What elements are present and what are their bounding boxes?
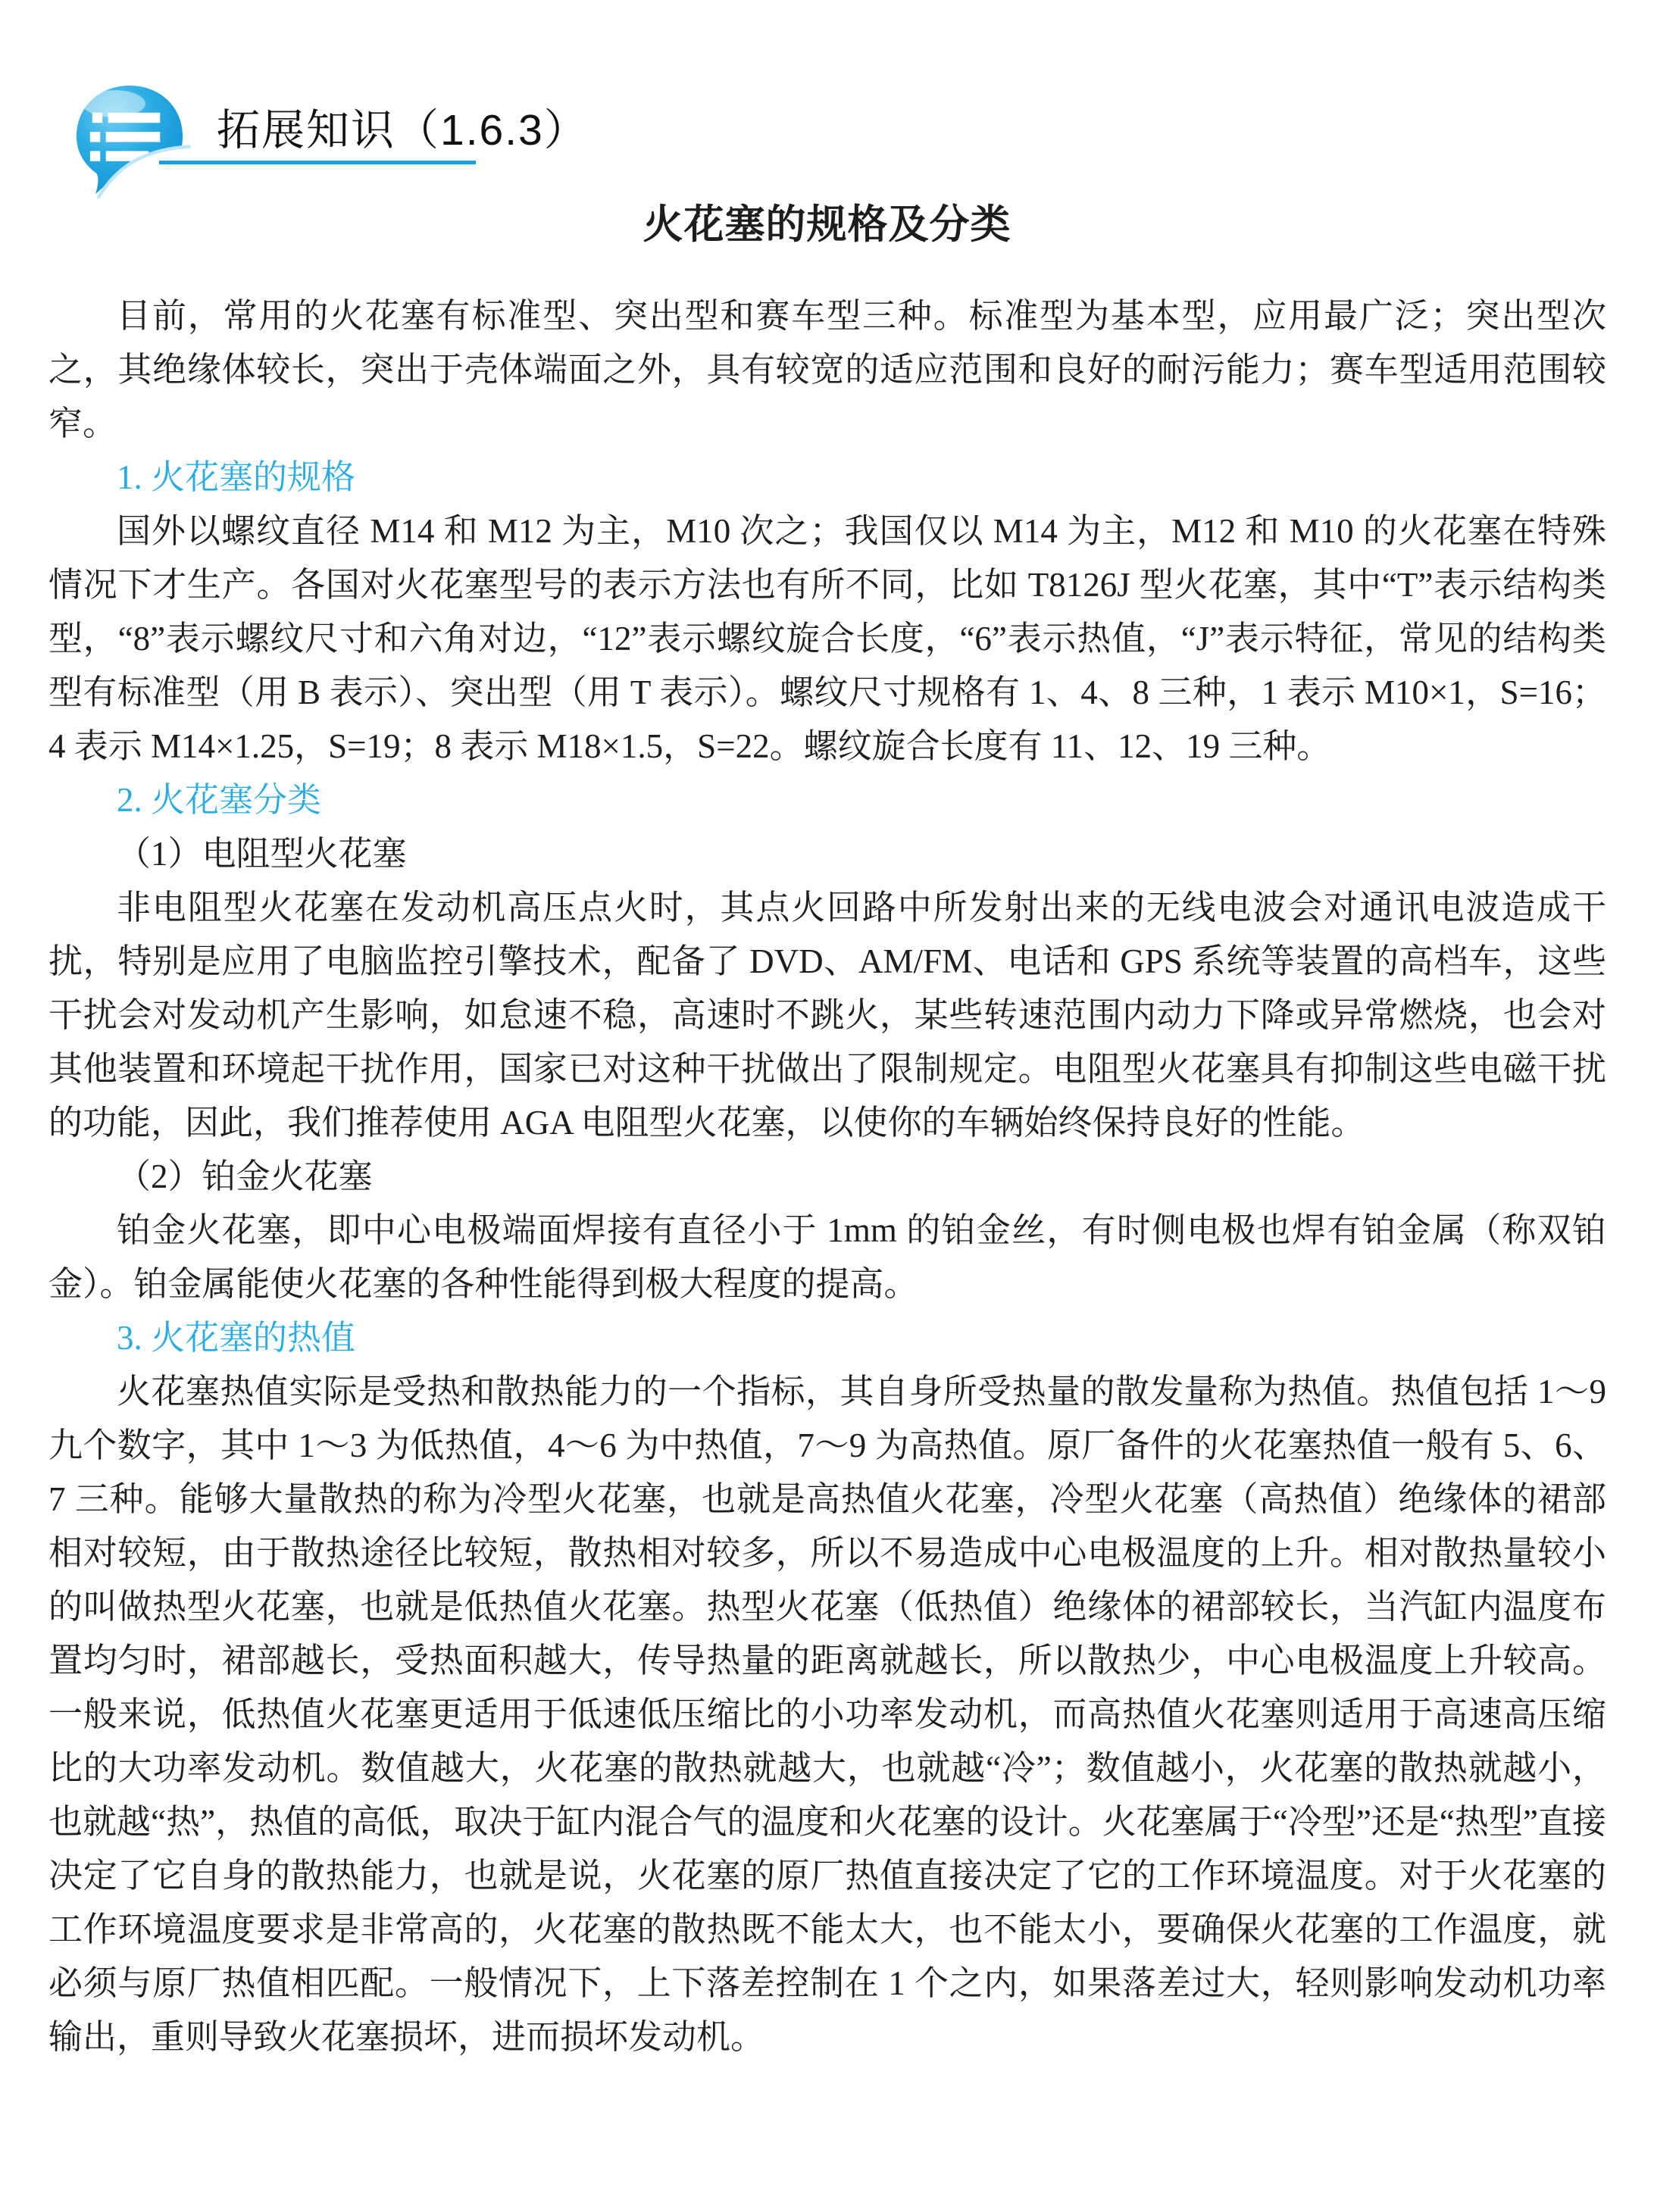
heading-category: 2. 火花塞分类 [48,773,1606,827]
note-list-icon [73,83,191,198]
page-title: 火花塞的规格及分类 [0,198,1654,252]
document-page: 拓展知识（1.6.3） 火花塞的规格及分类 目前，常用的火花塞有标准型、突出型和… [0,0,1654,2212]
heading-heat-value: 3. 火花塞的热值 [48,1311,1606,1365]
paragraph-heat-value: 火花塞热值实际是受热和散热能力的一个指标，其自身所受热量的散发量称为热值。热值包… [48,1365,1606,2064]
section-header: 拓展知识（1.6.3） [73,83,589,198]
subheading-resistor: （1）电阻型火花塞 [48,827,1606,881]
paragraph-intro: 目前，常用的火花塞有标准型、突出型和赛车型三种。标准型为基本型，应用最广泛；突出… [48,289,1606,451]
subheading-platinum: （2）铂金火花塞 [48,1150,1606,1204]
paragraph-platinum: 铂金火花塞，即中心电极端面焊接有直径小于 1mm 的铂金丝，有时侧电极也焊有铂金… [48,1204,1606,1311]
header-underline [159,161,476,164]
paragraph-spec: 国外以螺纹直径 M14 和 M12 为主，M10 次之；我国仅以 M14 为主，… [48,505,1606,773]
paragraph-resistor: 非电阻型火花塞在发动机高压点火时，其点火回路中所发射出来的无线电波会对通讯电波造… [48,881,1606,1150]
heading-spec: 1. 火花塞的规格 [48,451,1606,505]
content-area: 目前，常用的火花塞有标准型、突出型和赛车型三种。标准型为基本型，应用最广泛；突出… [48,289,1606,2064]
